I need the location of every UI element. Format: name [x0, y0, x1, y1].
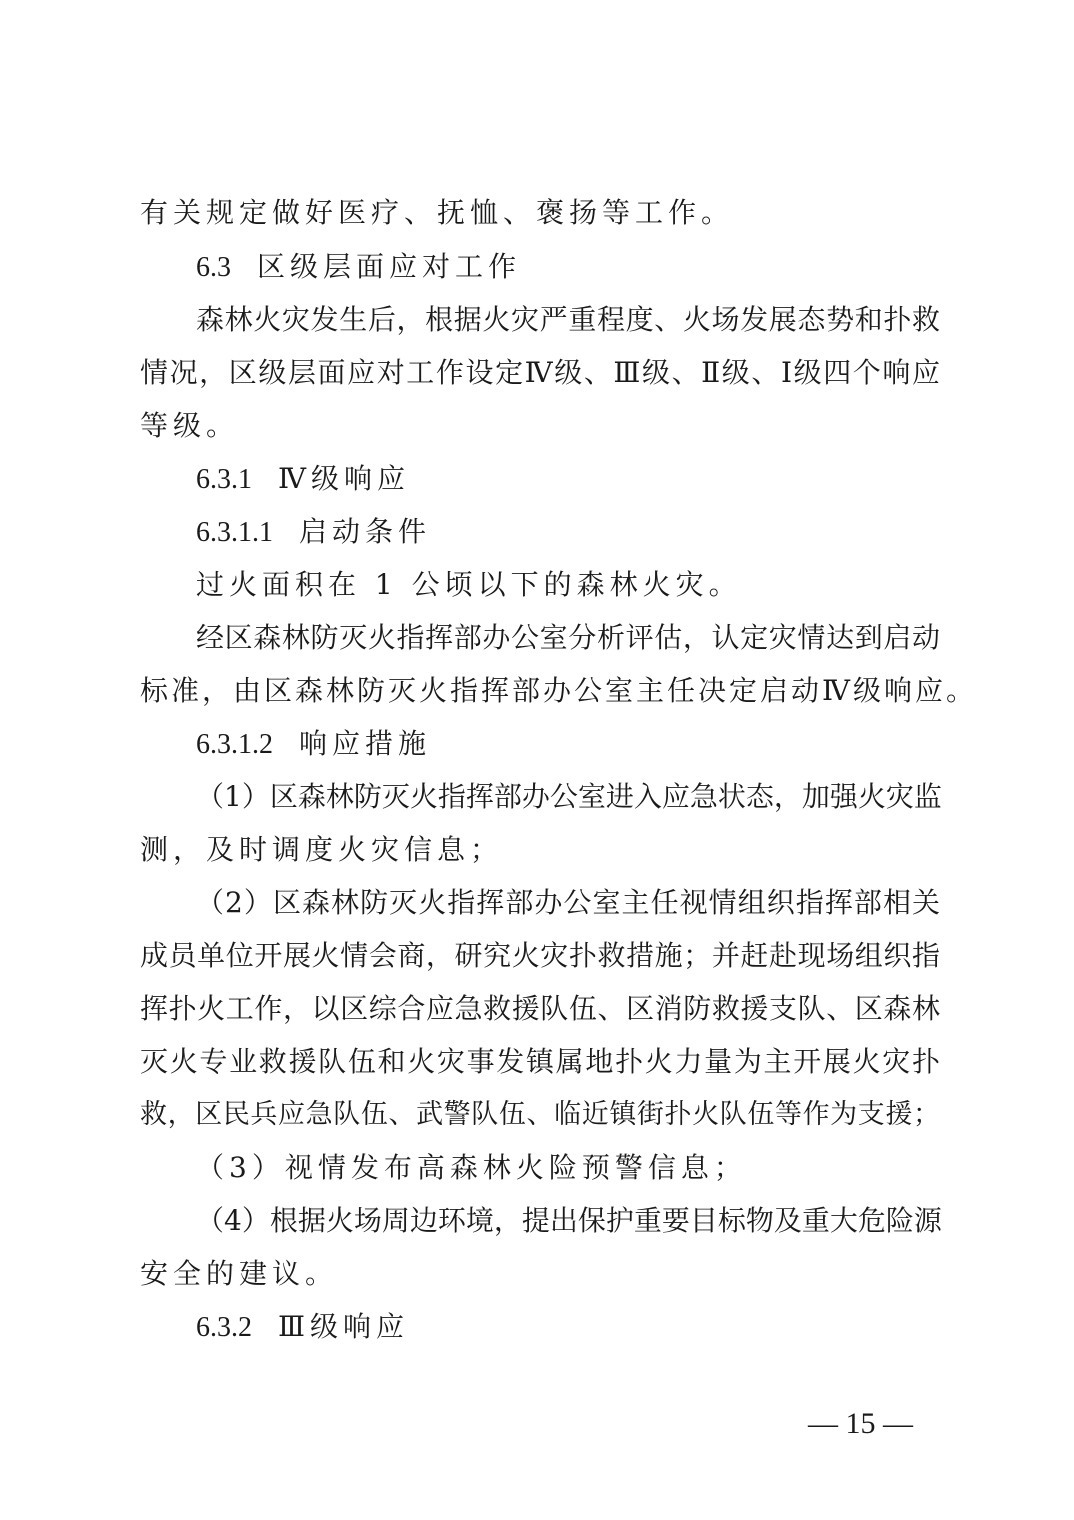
list-item-1: （1）区森林防灭火指挥部办公室进入应急状态，加强火灾监 [196, 777, 940, 817]
paragraph-line: 情况，区级层面应对工作设定Ⅳ级、Ⅲ级、Ⅱ级、Ⅰ级四个响应 [140, 353, 940, 393]
list-item-2-cont: 灭火专业救援队伍和火灾事发镇属地扑火力量为主开展火灾扑 [140, 1042, 940, 1082]
section-title: 启动条件 [299, 515, 431, 548]
paragraph-line: 标准，由区森林防灭火指挥部办公室主任决定启动Ⅳ级响应。 [140, 671, 940, 711]
paragraph-line: 有关规定做好医疗、抚恤、褒扬等工作。 [140, 193, 940, 233]
section-number: 6.3.1.2 [196, 729, 273, 760]
paragraph-line: 森林火灾发生后，根据火灾严重程度、火场发展态势和扑救 [196, 300, 940, 340]
document-page: 有关规定做好医疗、抚恤、褒扬等工作。 6.3区级层面应对工作 森林火灾发生后，根… [0, 0, 1074, 1520]
paragraph-line: 过火面积在 1 公顷以下的森林火灾。 [196, 565, 940, 605]
section-number: 6.3.1.1 [196, 517, 273, 548]
section-heading-6-3-2: 6.3.2Ⅲ级响应 [196, 1307, 940, 1347]
section-title: 响应措施 [299, 727, 431, 760]
section-heading-6-3-1-2: 6.3.1.2响应措施 [196, 724, 940, 764]
list-item-2-cont: 救，区民兵应急队伍、武警队伍、临近镇街扑火队伍等作为支援； [140, 1095, 940, 1135]
section-title: Ⅲ级响应 [278, 1310, 409, 1343]
list-item-2: （2）区森林防灭火指挥部办公室主任视情组织指挥部相关 [196, 883, 940, 923]
section-heading-6-3: 6.3区级层面应对工作 [196, 247, 940, 287]
section-heading-6-3-1: 6.3.1Ⅳ级响应 [196, 459, 940, 499]
section-number: 6.3.1 [196, 464, 252, 495]
list-item-4: （4）根据火场周边环境，提出保护重要目标物及重大危险源 [196, 1201, 940, 1241]
section-title: Ⅳ级响应 [278, 462, 410, 495]
section-number: 6.3 [196, 252, 231, 283]
section-number: 6.3.2 [196, 1312, 252, 1343]
section-title: 区级层面应对工作 [257, 250, 521, 283]
list-item-2-cont: 成员单位开展火情会商，研究火灾扑救措施；并赶赴现场组织指 [140, 936, 940, 976]
list-item-4-cont: 安全的建议。 [140, 1254, 940, 1294]
section-heading-6-3-1-1: 6.3.1.1启动条件 [196, 512, 940, 552]
paragraph-line: 等级。 [140, 406, 940, 446]
list-item-2-cont: 挥扑火工作，以区综合应急救援队伍、区消防救援支队、区森林 [140, 989, 940, 1029]
list-item-3: （3）视情发布高森林火险预警信息； [196, 1148, 940, 1188]
paragraph-line: 经区森林防灭火指挥部办公室分析评估，认定灾情达到启动 [196, 618, 940, 658]
page-number: — 15 — [808, 1404, 913, 1444]
list-item-1-cont: 测，及时调度火灾信息； [140, 830, 940, 870]
